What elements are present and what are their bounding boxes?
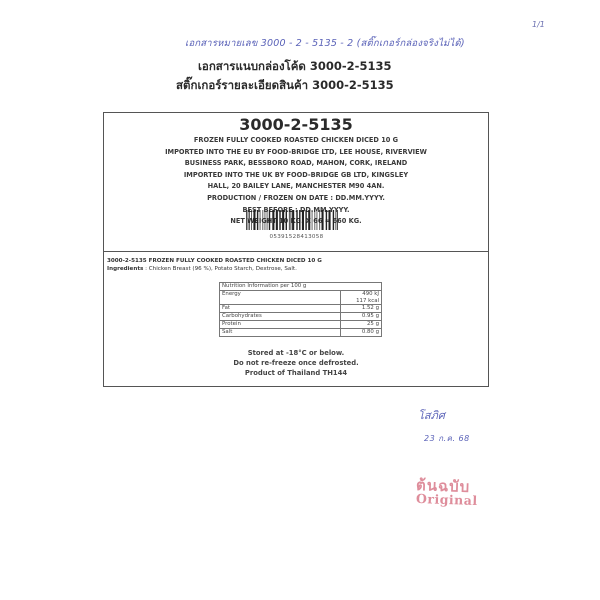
label-details-section: 3000-2-5135 FROZEN FULLY COOKED ROASTED … — [104, 252, 488, 386]
nutrient-name: Salt — [220, 328, 341, 336]
handwritten-note: เอกสารหมายเลข 3000 - 2 - 5135 - 2 (สติ๊ก… — [185, 36, 465, 51]
document-subtitle: สติ๊กเกอร์รายละเอียดสินค้า 3000-2-5135 — [176, 77, 394, 95]
label-line: IMPORTED INTO THE UK BY FOOD-BRIDGE GB L… — [104, 170, 488, 182]
storage-line: Product of Thailand TH144 — [104, 368, 488, 378]
nutrition-table: Nutrition Information per 100 g Energy 4… — [219, 282, 382, 337]
barcode: 05391528413058 — [244, 210, 349, 238]
original-stamp-english: Original — [416, 491, 478, 508]
label-line: FROZEN FULLY COOKED ROASTED CHICKEN DICE… — [104, 135, 488, 147]
label-header-section: 3000-2-5135 FROZEN FULLY COOKED ROASTED … — [104, 113, 488, 252]
nutrient-value: 25 g — [341, 320, 382, 328]
barcode-number: 05391528413058 — [244, 234, 349, 241]
barcode-bars-icon — [244, 210, 349, 230]
document-title: เอกสารแนบกล่องโค้ด 3000-2-5135 — [198, 58, 391, 76]
energy-kj: 490 kJ — [362, 291, 379, 297]
product-code: 3000-2-5135 — [104, 115, 488, 135]
storage-instructions: Stored at -18°C or below. Do not re-free… — [104, 348, 488, 378]
label-line: HALL, 20 BAILEY LANE, MANCHESTER M90 4AN… — [104, 181, 488, 193]
nutrient-value: 0.95 g — [341, 313, 382, 321]
label-line: IMPORTED INTO THE EU BY FOOD-BRIDGE LTD,… — [104, 147, 488, 159]
nutrition-header: Nutrition Information per 100 g — [220, 283, 382, 291]
nutrient-value: 490 kJ117 kcal — [341, 290, 382, 305]
nutrient-name: Energy — [220, 290, 341, 305]
nutrient-value: 0.80 g — [341, 328, 382, 336]
storage-line: Stored at -18°C or below. — [104, 348, 488, 358]
energy-kcal: 117 kcal — [356, 298, 379, 304]
ingredients-label: Ingredients — [107, 266, 143, 272]
ingredients-text: : Chicken Breast (96 %), Potato Starch, … — [143, 266, 297, 272]
storage-line: Do not re-freeze once defrosted. — [104, 358, 488, 368]
label-line: PRODUCTION / FROZEN ON DATE : DD.MM.YYYY… — [104, 193, 488, 205]
signature-date: 23 ก.ค. 68 — [424, 432, 470, 445]
nutrient-name: Fat — [220, 305, 341, 313]
product-line: 3000-2-5135 FROZEN FULLY COOKED ROASTED … — [107, 258, 322, 264]
ingredients: Ingredients : Chicken Breast (96 %), Pot… — [107, 266, 297, 272]
signature-name: โสภิศ — [418, 406, 445, 424]
nutrient-name: Carbohydrates — [220, 313, 341, 321]
nutrient-value: 1.52 g — [341, 305, 382, 313]
nutrient-name: Protein — [220, 320, 341, 328]
product-label: 3000-2-5135 FROZEN FULLY COOKED ROASTED … — [103, 112, 489, 387]
label-line: BUSINESS PARK, BESSBORO ROAD, MAHON, COR… — [104, 158, 488, 170]
page-number: 1/1 — [532, 20, 545, 29]
